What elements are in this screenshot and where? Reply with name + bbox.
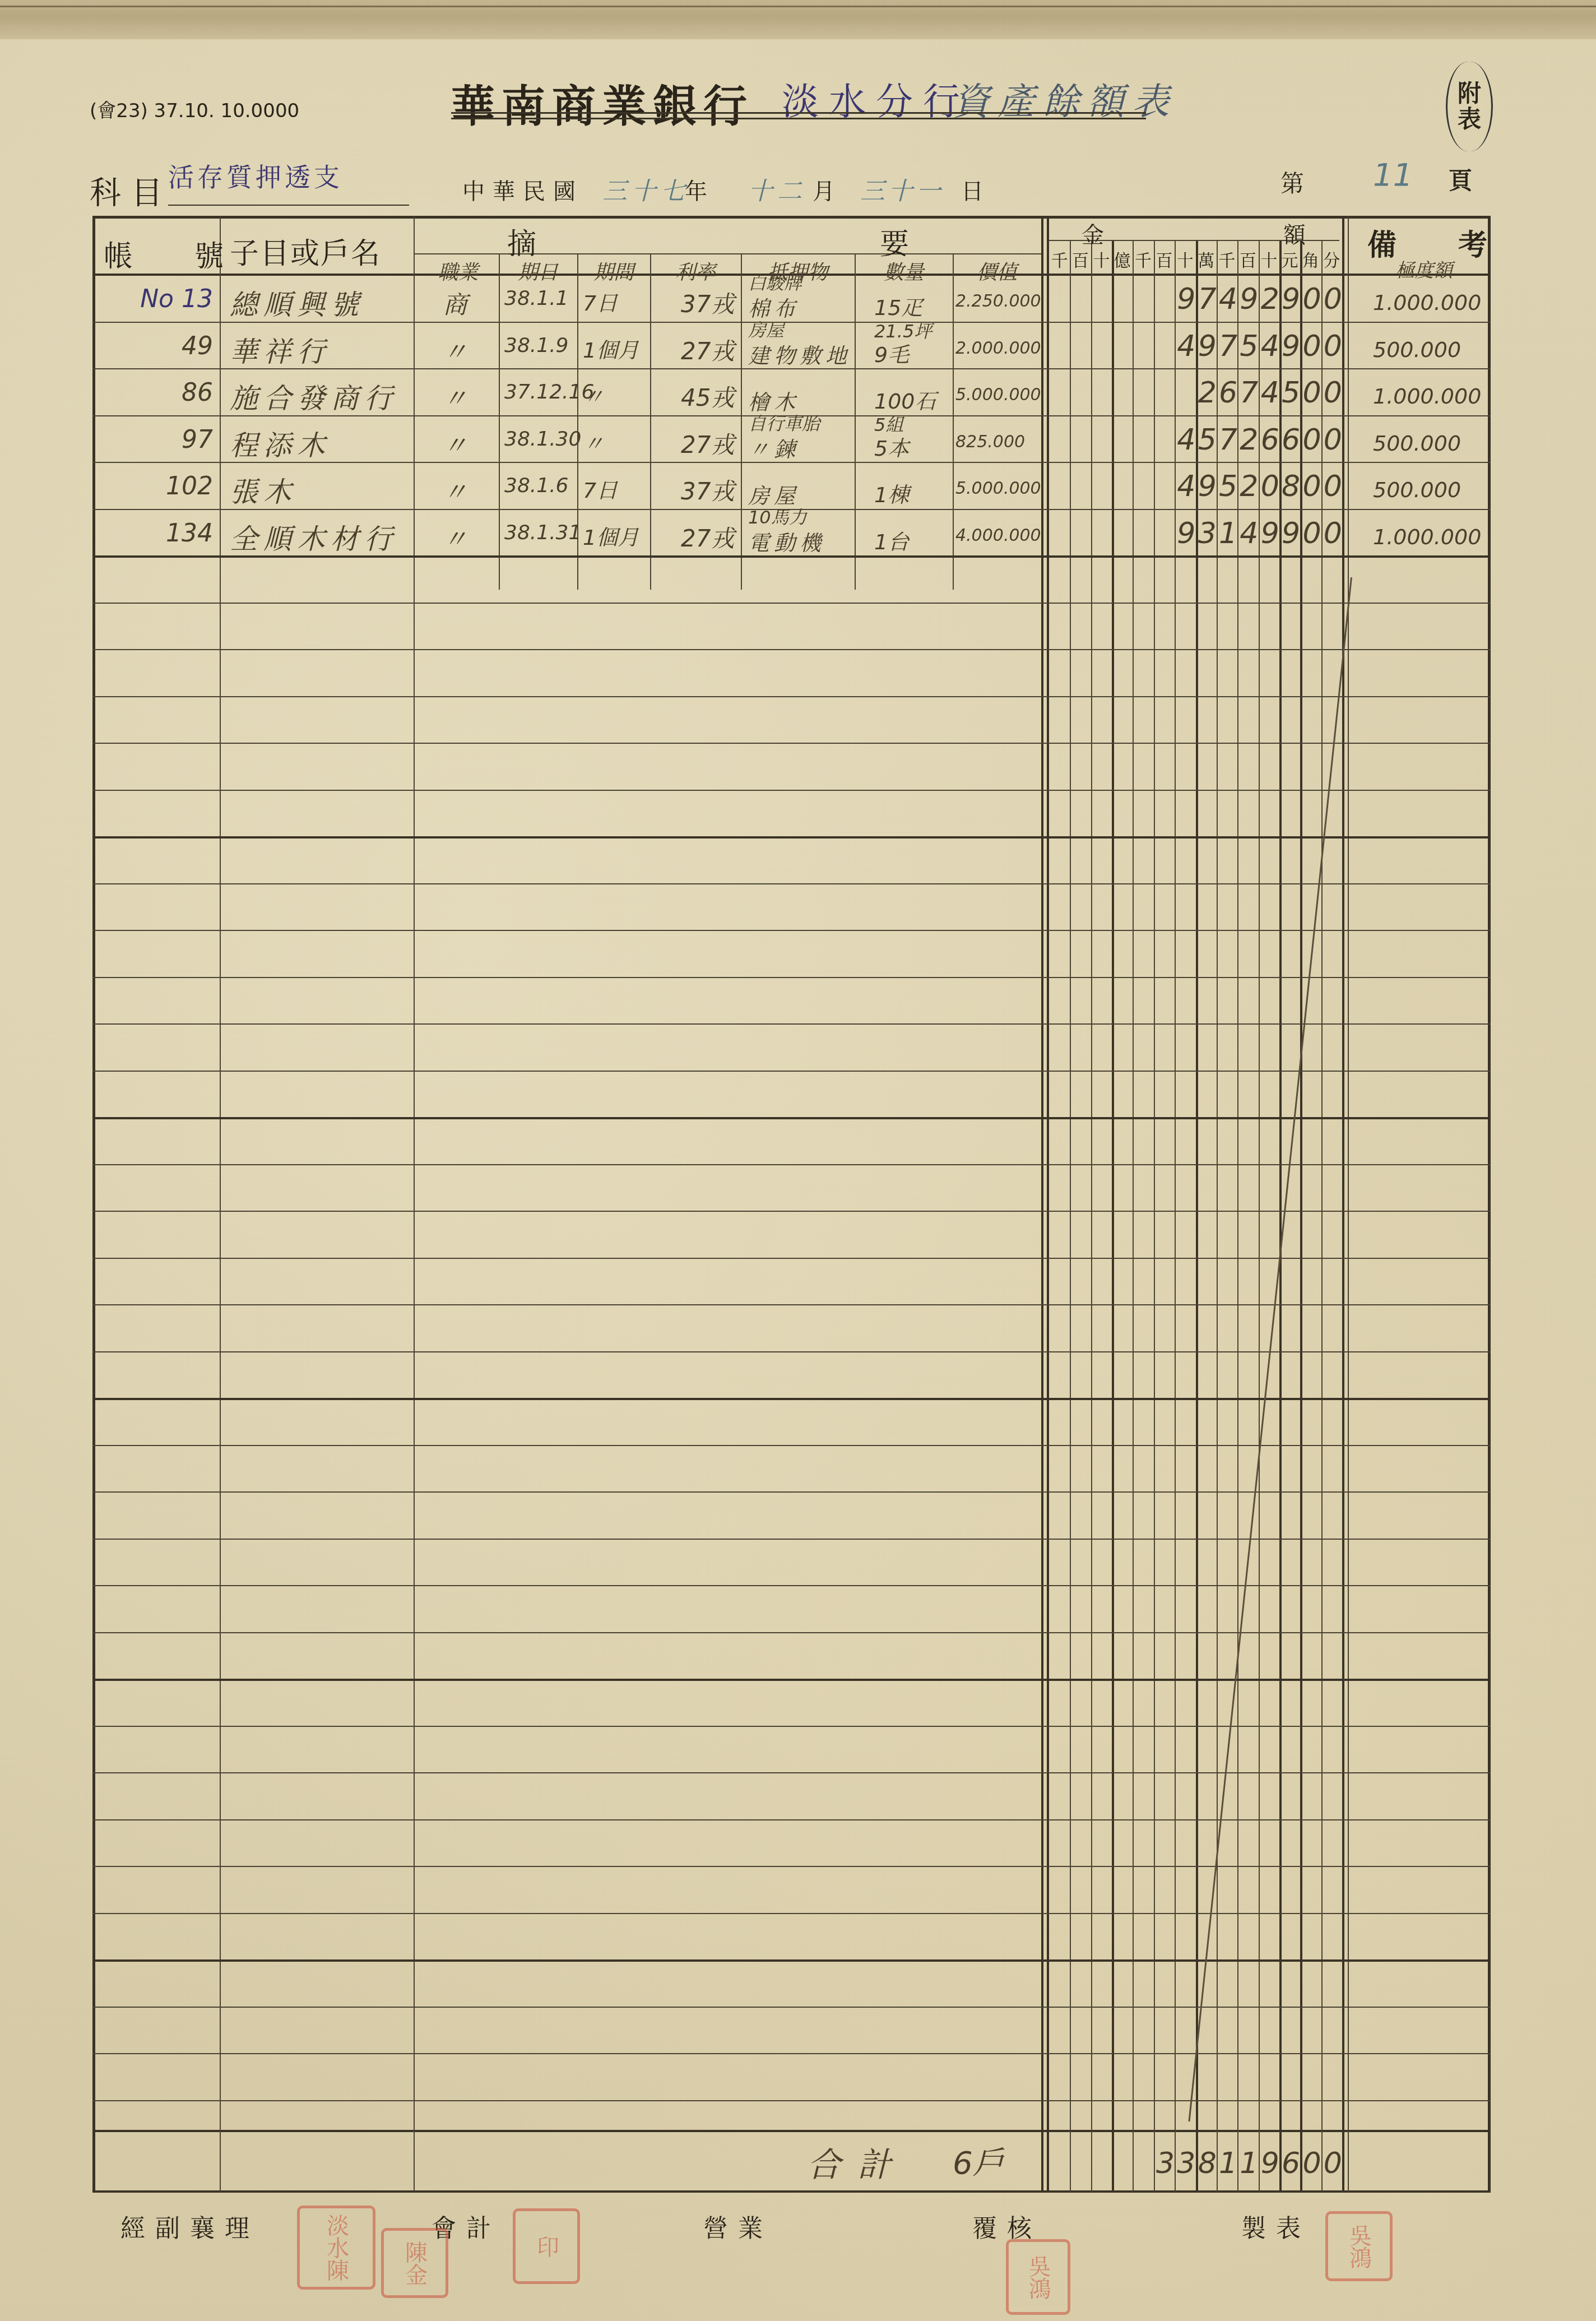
amount-unit-header: 十 xyxy=(1259,247,1279,271)
cell-quantity-line2: 1台 xyxy=(874,525,909,555)
total-amount-digit: 1 xyxy=(1238,2147,1259,2180)
amount-digit: 0 xyxy=(1323,330,1343,363)
subheader-value: 價值 xyxy=(953,257,1041,285)
row-line xyxy=(92,1304,1491,1305)
amount-digit: 0 xyxy=(1301,470,1322,503)
row-line xyxy=(92,2100,1491,2101)
amount-digit: 9 xyxy=(1280,517,1301,550)
amount-unit-header: 千 xyxy=(1049,247,1070,271)
amount-digit: 0 xyxy=(1301,376,1322,410)
amount-digit: 9 xyxy=(1238,282,1259,316)
cell-quantity-line2: 5本 xyxy=(874,431,909,462)
subject-label: 科目 xyxy=(90,168,173,213)
attachment-mark-1: 附 xyxy=(1458,81,1481,106)
row-line xyxy=(92,883,1491,884)
cell-account-no: 134 xyxy=(106,519,213,548)
seal-manager: 淡水陳 xyxy=(297,2206,375,2290)
col-divider-rate xyxy=(741,253,742,590)
cell-remark: 500.000 xyxy=(1373,431,1461,456)
amount-digit: 6 xyxy=(1218,376,1238,410)
cell-due-date: 38.1.1 xyxy=(504,287,569,310)
amount-digit: 3 xyxy=(1197,517,1218,550)
cell-due-date: 38.1.31 xyxy=(504,521,581,544)
cell-name: 全順木材行 xyxy=(230,517,398,557)
amount-digit: 6 xyxy=(1260,423,1280,457)
cell-value: 5.000.000 xyxy=(955,479,1041,498)
page-label-suffix: 頁 xyxy=(1449,163,1472,196)
header-name: 子目或戶名 xyxy=(230,230,381,272)
total-label: 合計 xyxy=(807,2138,908,2186)
row-line xyxy=(92,649,1491,650)
cell-rate: 27戎 xyxy=(681,427,734,460)
amount-col-line xyxy=(1091,241,1092,2192)
amount-digit: 4 xyxy=(1238,517,1259,550)
seal-review: 吳鴻 xyxy=(1006,2239,1070,2315)
cell-due-date: 38.1.30 xyxy=(504,428,581,451)
cell-term: 7日 xyxy=(583,473,618,504)
total-amount-digit: 3 xyxy=(1155,2147,1176,2180)
attachment-mark-2: 表 xyxy=(1458,106,1481,132)
total-amount-digit: 3 xyxy=(1176,2147,1196,2180)
cell-rate: 45戎 xyxy=(681,379,734,413)
cell-term: 〃 xyxy=(583,379,604,410)
amount-digit: 7 xyxy=(1218,330,1238,363)
seal-accounting: 印 xyxy=(513,2208,580,2284)
attachment-mark: 附 表 xyxy=(1446,62,1493,151)
amount-unit-header: 角 xyxy=(1300,247,1321,271)
date-year: 三十七 xyxy=(602,171,690,207)
cell-value: 2.000.000 xyxy=(955,339,1041,358)
amount-digit: 9 xyxy=(1176,517,1196,550)
subheader-due-date: 期日 xyxy=(499,257,577,285)
row-line xyxy=(92,696,1491,697)
date-prefix: 中華民國 xyxy=(462,174,583,206)
row-line xyxy=(92,1258,1491,1259)
cell-value: 4.000.000 xyxy=(955,526,1041,545)
row-line xyxy=(92,1913,1491,1914)
amount-unit-header: 元 xyxy=(1279,247,1300,271)
amount-unit-header: 千 xyxy=(1217,247,1237,271)
row-line xyxy=(92,1632,1491,1633)
col-divider-collateral xyxy=(855,253,856,590)
cell-account-no: 102 xyxy=(106,472,213,501)
date-month: 十二 xyxy=(748,171,806,207)
row-line xyxy=(92,2053,1491,2054)
amount-digit: 0 xyxy=(1323,282,1343,316)
row-line xyxy=(92,1117,1491,1119)
cell-collateral-line2: 〃鍊 xyxy=(748,432,800,463)
cell-rate: 37戎 xyxy=(681,473,734,507)
amount-digit: 8 xyxy=(1280,470,1301,503)
row-line xyxy=(92,1819,1491,1820)
row-line xyxy=(92,930,1491,931)
col-divider-account xyxy=(220,216,221,2192)
cell-occupation: 〃 xyxy=(443,332,467,368)
amount-col-line xyxy=(1070,241,1071,2192)
row-line xyxy=(92,1023,1491,1025)
row-line xyxy=(92,790,1491,791)
subject-underline xyxy=(168,205,409,206)
amount-digit: 0 xyxy=(1323,470,1343,503)
total-count: 6戶 xyxy=(953,2138,1004,2183)
sig-business-label: 營業 xyxy=(703,2208,773,2244)
amount-digit: 9 xyxy=(1260,517,1280,550)
amount-digit: 2 xyxy=(1238,470,1259,503)
cell-due-date: 38.1.6 xyxy=(504,474,569,497)
amount-col-line xyxy=(1154,241,1155,2192)
cell-account-no: 49 xyxy=(106,332,213,360)
amount-digit: 9 xyxy=(1176,282,1196,316)
amount-digit: 0 xyxy=(1301,517,1322,550)
row-line xyxy=(92,1772,1491,1773)
row-line xyxy=(92,1071,1491,1072)
amount-digit: 9 xyxy=(1280,282,1301,316)
cell-remark: 500.000 xyxy=(1373,337,1461,362)
row-line xyxy=(92,2007,1491,2008)
amount-unit-header: 千 xyxy=(1133,247,1153,271)
amount-digit: 9 xyxy=(1197,470,1218,503)
seal-prepared: 吳鴻 xyxy=(1325,2211,1393,2281)
amount-digit: 7 xyxy=(1197,282,1218,316)
amount-digit: 4 xyxy=(1176,330,1196,363)
report-title: 資產餘額表 xyxy=(953,72,1177,125)
form-code: (會23) 37.10. 10.0000 xyxy=(90,95,299,123)
total-amount-digit: 6 xyxy=(1280,2147,1301,2180)
cell-term: 1個月 xyxy=(583,520,639,551)
subheader-rate: 利率 xyxy=(650,257,741,285)
cell-due-date: 38.1.9 xyxy=(504,334,569,357)
cell-value: 825.000 xyxy=(955,432,1025,452)
subheader-occupation: 職業 xyxy=(417,257,499,285)
amount-col-line xyxy=(1112,241,1114,2192)
row-line xyxy=(92,1491,1491,1493)
col-divider-summary xyxy=(1041,216,1043,2192)
amount-digit: 4 xyxy=(1218,282,1238,316)
col-divider-name xyxy=(414,216,415,2192)
row-line xyxy=(92,1351,1491,1352)
row-line xyxy=(92,743,1491,744)
col-divider-amount xyxy=(1342,216,1344,2192)
amount-digit: 0 xyxy=(1323,423,1343,457)
amount-digit: 0 xyxy=(1301,330,1322,363)
amount-unit-header: 萬 xyxy=(1196,247,1217,271)
row-line xyxy=(92,836,1491,838)
cell-collateral-line2: 電動機 xyxy=(748,526,825,557)
total-amount-digit: 8 xyxy=(1197,2147,1218,2180)
amount-digit: 6 xyxy=(1280,423,1301,457)
title-underline-2 xyxy=(451,118,1146,119)
cell-occupation: 〃 xyxy=(443,472,467,508)
cell-occupation: 〃 xyxy=(443,378,467,414)
amount-unit-header: 億 xyxy=(1112,247,1133,271)
cell-account-no: No 13 xyxy=(106,285,213,313)
amount-digit: 7 xyxy=(1238,376,1259,410)
amount-unit-header: 十 xyxy=(1175,247,1195,271)
row-line xyxy=(92,1585,1491,1586)
row-line xyxy=(92,1445,1491,1446)
amount-digit: 0 xyxy=(1323,376,1343,410)
amount-digit: 2 xyxy=(1238,423,1259,457)
cell-term: 〃 xyxy=(583,427,604,457)
col-divider-term xyxy=(650,253,651,590)
cell-term: 7日 xyxy=(583,286,618,317)
amount-digit: 0 xyxy=(1323,517,1343,550)
cell-name: 程添木 xyxy=(230,423,331,464)
cell-account-no: 86 xyxy=(106,378,213,407)
header-summary-left: 摘 xyxy=(507,220,537,262)
amount-digit: 4 xyxy=(1260,330,1280,363)
subheader-term: 期間 xyxy=(577,257,650,285)
col-divider-occupation xyxy=(499,253,500,590)
col-divider-summary-2 xyxy=(1047,216,1049,2192)
amount-digit: 5 xyxy=(1197,423,1218,457)
amount-digit: 4 xyxy=(1176,423,1196,457)
cell-occupation: 商 xyxy=(443,285,467,321)
amount-digit: 5 xyxy=(1280,376,1301,410)
amount-digit: 9 xyxy=(1280,330,1301,363)
cell-remark: 1.000.000 xyxy=(1373,525,1481,549)
amount-unit-header: 十 xyxy=(1091,247,1112,271)
amount-unit-header: 分 xyxy=(1321,247,1342,271)
total-amount-digit: 1 xyxy=(1218,2147,1238,2180)
cell-name: 華祥行 xyxy=(230,330,331,370)
sig-prepared-label: 製表 xyxy=(1241,2208,1311,2244)
row-line xyxy=(92,1211,1491,1212)
amount-digit: 5 xyxy=(1238,330,1259,363)
col-divider-amount-2 xyxy=(1348,216,1349,2192)
branch-name: 淡水分行 xyxy=(782,72,970,125)
amount-digit: 5 xyxy=(1218,470,1238,503)
amount-unit-header: 百 xyxy=(1154,247,1175,271)
row-line xyxy=(92,1679,1491,1681)
amount-unit-header: 百 xyxy=(1237,247,1258,271)
header-amount-left: 金 xyxy=(1082,217,1105,249)
total-amount-digit: 0 xyxy=(1301,2147,1322,2180)
cell-due-date: 37.12.16 xyxy=(504,381,594,404)
page-label-prefix: 第 xyxy=(1280,165,1304,199)
subheader-quantity: 數量 xyxy=(855,257,953,285)
date-day-unit: 日 xyxy=(961,174,983,206)
row-line xyxy=(92,1866,1491,1867)
cell-collateral-line2: 建物敷地 xyxy=(748,339,851,369)
seal-manager-2: 陳金 xyxy=(381,2228,448,2298)
cell-account-no: 97 xyxy=(106,425,213,454)
total-amount-digit: 0 xyxy=(1323,2147,1343,2180)
cell-name: 總順興號 xyxy=(230,282,364,323)
amount-digit: 2 xyxy=(1260,282,1280,316)
cell-occupation: 〃 xyxy=(443,519,467,555)
amount-digit: 7 xyxy=(1218,423,1238,457)
row-line xyxy=(92,1959,1491,1962)
date-year-unit: 年 xyxy=(685,174,707,206)
cell-remark: 500.000 xyxy=(1373,478,1461,502)
subject-value: 活存質押透支 xyxy=(168,157,343,194)
row-line xyxy=(92,1726,1491,1727)
amount-digit: 1 xyxy=(1218,517,1238,550)
cell-name: 張木 xyxy=(230,470,297,510)
amount-digit: 9 xyxy=(1197,330,1218,363)
row-line xyxy=(92,1539,1491,1540)
amount-digit: 4 xyxy=(1176,470,1196,503)
cell-term: 1個月 xyxy=(583,333,639,364)
row-line xyxy=(92,977,1491,978)
date-day: 三十一 xyxy=(860,171,944,207)
page-number: 11 xyxy=(1373,157,1413,193)
total-amount-digit: 9 xyxy=(1260,2147,1280,2180)
row-line xyxy=(92,1398,1491,1400)
cell-rate: 27戎 xyxy=(681,520,734,554)
amount-col-line xyxy=(1133,241,1134,2192)
sig-manager-label: 經副襄理 xyxy=(120,2208,259,2244)
cell-name: 施合發商行 xyxy=(230,376,398,416)
col-divider-quantity xyxy=(953,253,954,590)
amount-digit: 0 xyxy=(1301,282,1322,316)
paper-top-edge xyxy=(0,6,1596,7)
title-underline-1 xyxy=(451,112,1146,114)
cell-value: 2.250.000 xyxy=(955,291,1041,311)
cell-rate: 37戎 xyxy=(681,286,734,319)
amount-digit: 0 xyxy=(1301,423,1322,457)
row-line xyxy=(92,603,1491,604)
header-account-no: 帳 號 xyxy=(104,233,225,275)
date-month-unit: 月 xyxy=(813,174,835,206)
cell-quantity-line2: 9毛 xyxy=(874,337,909,368)
header-summary-right: 要 xyxy=(880,220,910,262)
amount-digit: 0 xyxy=(1260,470,1280,503)
amount-digit: 2 xyxy=(1197,376,1218,410)
bank-name: 華南商業銀行 xyxy=(451,72,754,135)
amount-unit-header: 百 xyxy=(1070,247,1091,271)
row-line xyxy=(92,1164,1491,1165)
amount-digit: 4 xyxy=(1260,376,1280,410)
cell-remark: 1.000.000 xyxy=(1373,290,1481,315)
cell-rate: 27戎 xyxy=(681,333,734,367)
header-amount-right: 額 xyxy=(1283,217,1307,249)
cell-value: 5.000.000 xyxy=(955,385,1041,405)
cell-quantity-line2: 1棟 xyxy=(874,478,909,508)
header-remarks-sub: 極度額 xyxy=(1395,255,1453,282)
cell-occupation: 〃 xyxy=(443,425,467,461)
cell-remark: 1.000.000 xyxy=(1373,384,1481,409)
